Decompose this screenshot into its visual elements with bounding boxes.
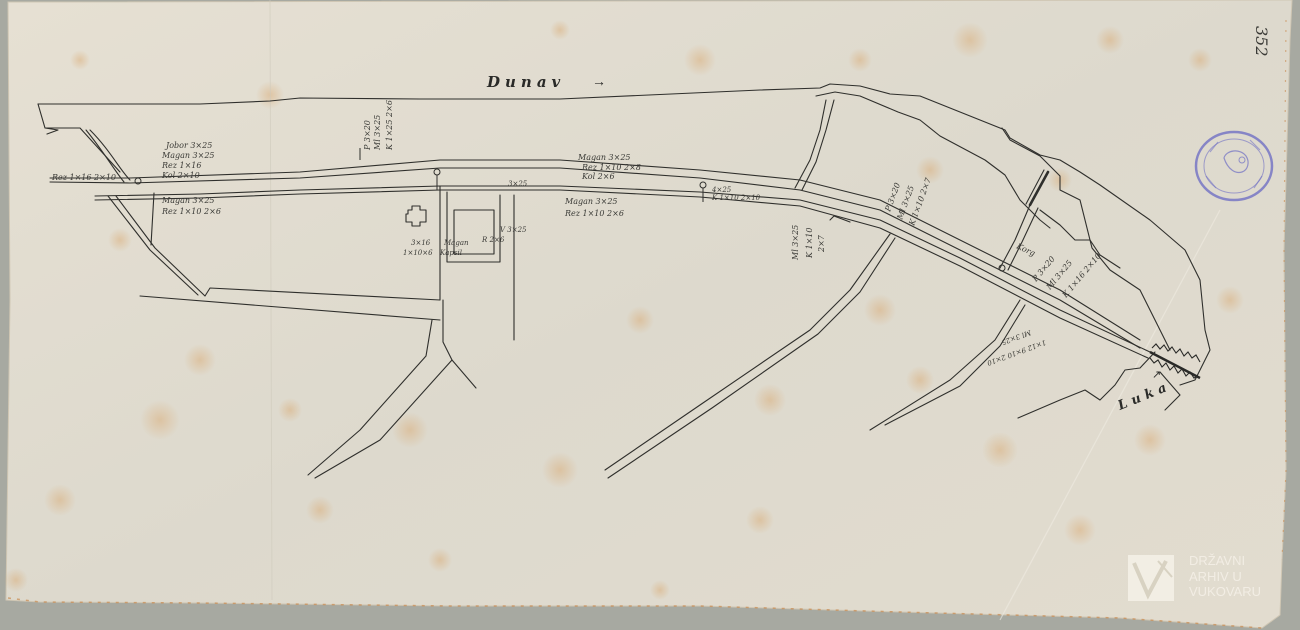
annotation: Magan 3×25 xyxy=(564,197,618,206)
annotation: K 1×25 2×6 xyxy=(385,100,394,151)
annotation: Rez 1×10 2×6 xyxy=(161,207,221,216)
annotation: 2×7 xyxy=(817,234,826,253)
annotation: Magan 3×25 xyxy=(577,153,631,162)
annotation: 4×25 xyxy=(711,186,732,194)
annotation: Kol 2×10 xyxy=(161,171,200,180)
annotation: Ml 3×25 xyxy=(373,115,382,151)
annotation: 1×10×6 xyxy=(403,249,433,257)
annotation: Rez 1×10 2×8 xyxy=(581,163,641,172)
annotation: K 1×10 xyxy=(805,228,814,260)
annotation: Magan 3×25 xyxy=(161,196,215,205)
archive-watermark-text: DRŽAVNI ARHIV U VUKOVARU xyxy=(1189,553,1261,600)
annotation: P 3×20 xyxy=(363,120,372,151)
archive-stamp xyxy=(1192,128,1276,204)
annotation: V 3×25 xyxy=(500,226,527,234)
annotation: 3×16 xyxy=(411,239,431,247)
annotation: Rez 1×10 2×6 xyxy=(564,209,624,218)
harbor-arrow-icon: ↗ xyxy=(1152,369,1161,381)
annotation: Magan 3×25 xyxy=(161,151,215,160)
annotation: Ml 3×25 xyxy=(791,225,800,261)
annotation: Kol 2×6 xyxy=(581,172,615,181)
map-drawing: Dunav → Luka ↗ Rez 1×16 2×10 Jobor 3×25 … xyxy=(0,0,1300,630)
archival-map-sheet: Dunav → Luka ↗ Rez 1×16 2×10 Jobor 3×25 … xyxy=(0,0,1300,630)
annotation: K 1×10 2×10 xyxy=(711,194,761,202)
archive-watermark: DRŽAVNI ARHIV U VUKOVARU xyxy=(1128,553,1278,603)
annotation: Rez 1×16 xyxy=(161,161,202,170)
river-flow-arrow-icon: → xyxy=(592,73,606,89)
catalog-number: 352 xyxy=(1252,26,1271,57)
annotation: 3×25 xyxy=(508,180,528,188)
annotation: Kapsil xyxy=(439,249,462,257)
annotation: Magan xyxy=(443,239,469,247)
river-label-dunav: Dunav xyxy=(486,73,565,91)
annotation: Rez 1×16 2×10 xyxy=(51,173,116,182)
annotation: Jobor 3×25 xyxy=(164,141,212,150)
archive-logo-icon xyxy=(1128,555,1174,601)
annotation: R 2×6 xyxy=(481,236,505,244)
